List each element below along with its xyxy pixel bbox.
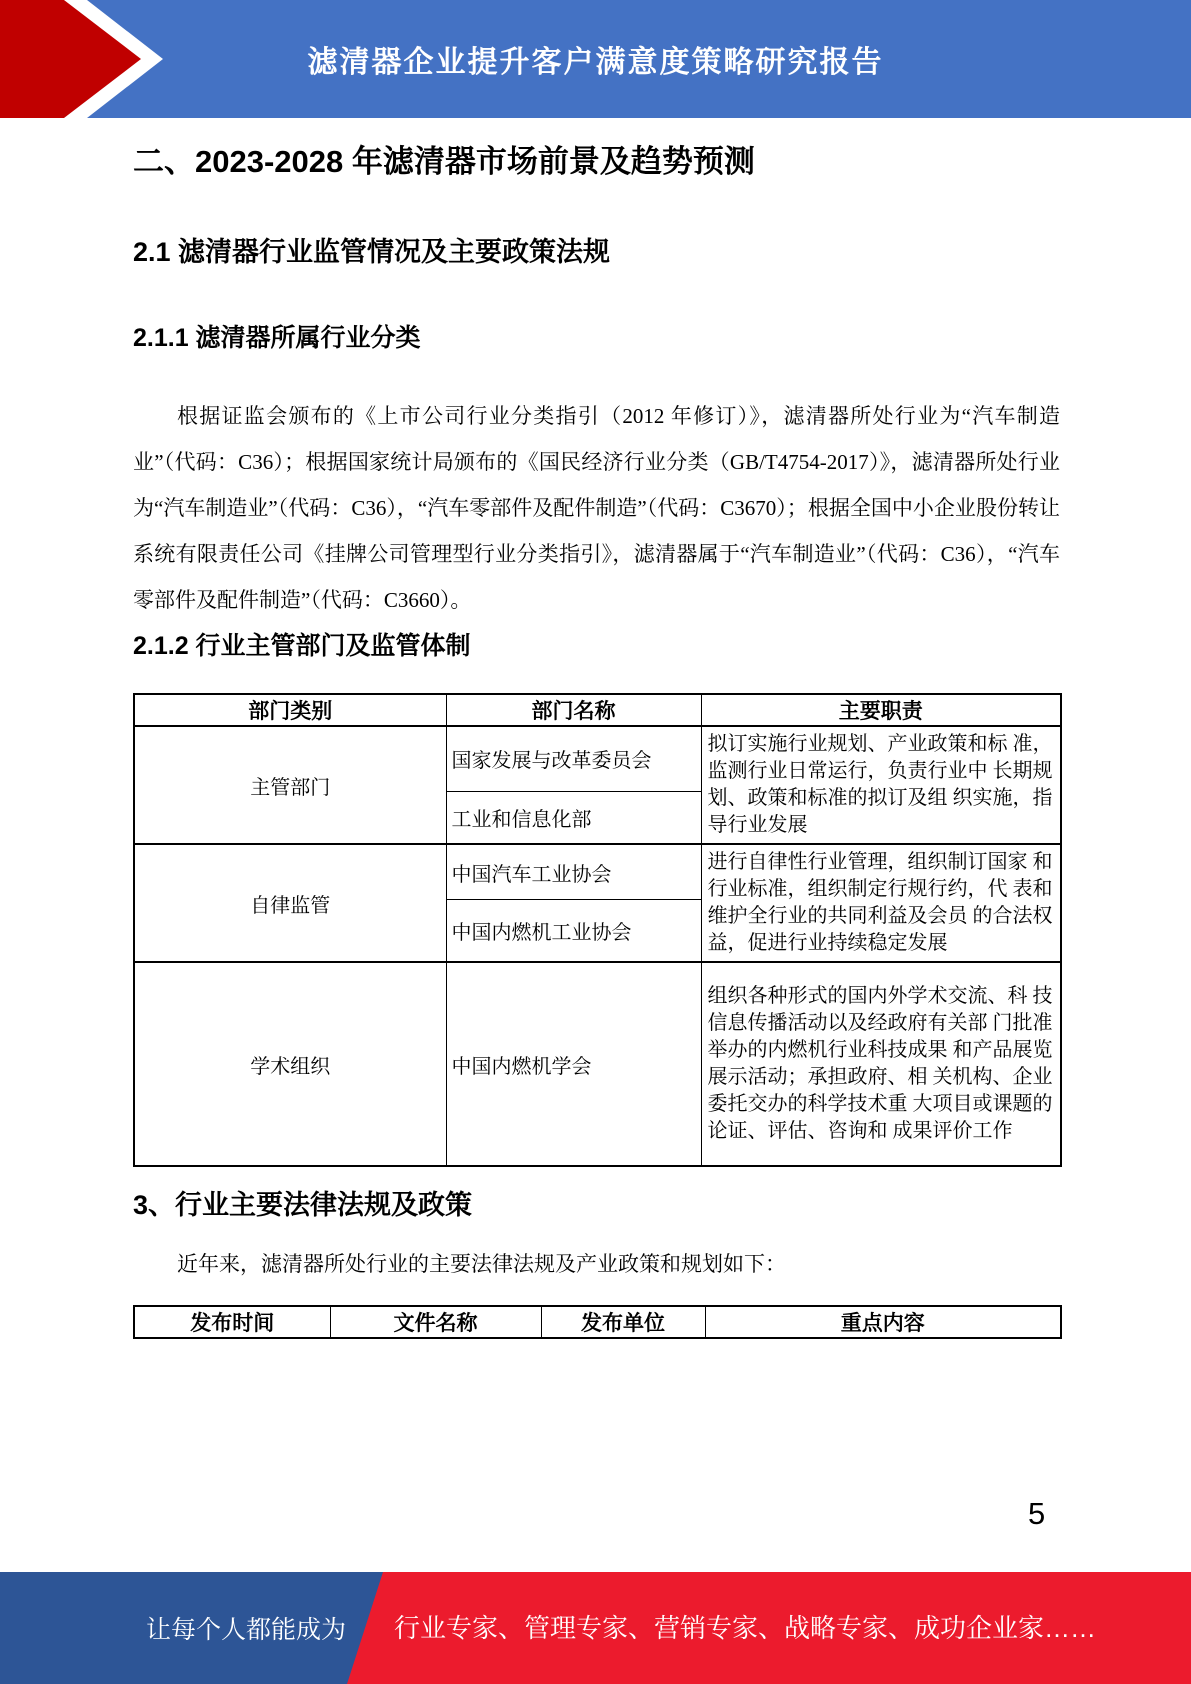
header-banner: 滤清器企业提升客户满意度策略研究报告 xyxy=(0,0,1191,118)
category-cell: 自律监管 xyxy=(134,844,446,962)
laws-table: 发布时间 文件名称 发布单位 重点内容 xyxy=(133,1305,1062,1339)
duty-cell: 进行自律性行业管理，组织制订国家 和行业标准，组织制定行规行约，代 表和维护全行… xyxy=(701,844,1061,962)
department-cell: 工业和信息化部 xyxy=(446,791,701,844)
report-title: 滤清器企业提升客户满意度策略研究报告 xyxy=(0,0,1191,118)
department-cell: 中国内燃机工业协会 xyxy=(446,900,701,962)
category-cell: 学术组织 xyxy=(134,962,446,1166)
duty-cell: 组织各种形式的国内外学术交流、科 技信息传播活动以及经政府有关部 门批准举办的内… xyxy=(701,962,1061,1166)
column-header-department: 部门名称 xyxy=(446,694,701,726)
section-heading-2-1-1: 2.1.1 滤清器所属行业分类 xyxy=(133,318,421,354)
footer-slogan-left: 让每个人都能成为 xyxy=(146,1610,346,1646)
table-row: 学术组织 中国内燃机学会 组织各种形式的国内外学术交流、科 技信息传播活动以及经… xyxy=(134,962,1061,1166)
department-cell: 国家发展与改革委员会 xyxy=(446,726,701,791)
department-cell: 中国汽车工业协会 xyxy=(446,844,701,900)
industry-classification-paragraph: 根据证监会颁布的《上市公司行业分类指引（2012 年修订）》，滤清器所处行业为“… xyxy=(133,393,1060,623)
page-number: 5 xyxy=(1028,1496,1045,1532)
column-header-key-content: 重点内容 xyxy=(705,1306,1061,1338)
table-row: 主管部门 国家发展与改革委员会 拟订实施行业规划、产业政策和标 准，监测行业日常… xyxy=(134,726,1061,791)
table-header-row: 发布时间 文件名称 发布单位 重点内容 xyxy=(134,1306,1061,1338)
laws-intro-paragraph: 近年来，滤清器所处行业的主要法律法规及产业政策和规划如下： xyxy=(133,1248,1060,1278)
category-cell: 主管部门 xyxy=(134,726,446,844)
column-header-publish-unit: 发布单位 xyxy=(541,1306,705,1338)
chapter-heading: 二、2023-2028 年滤清器市场前景及趋势预测 xyxy=(133,136,755,181)
regulators-table: 部门类别 部门名称 主要职责 主管部门 国家发展与改革委员会 拟订实施行业规划、… xyxy=(133,693,1062,1167)
section-heading-3: 3、行业主要法律法规及政策 xyxy=(133,1183,472,1222)
table-row: 自律监管 中国汽车工业协会 进行自律性行业管理，组织制订国家 和行业标准，组织制… xyxy=(134,844,1061,900)
table-header-row: 部门类别 部门名称 主要职责 xyxy=(134,694,1061,726)
section-heading-2-1: 2.1 滤清器行业监管情况及主要政策法规 xyxy=(133,230,610,269)
column-header-document-name: 文件名称 xyxy=(330,1306,541,1338)
footer-slogan-right: 行业专家、管理专家、营销专家、战略专家、成功企业家…… xyxy=(394,1608,1096,1645)
column-header-category: 部门类别 xyxy=(134,694,446,726)
department-cell: 中国内燃机学会 xyxy=(446,962,701,1166)
section-heading-2-1-2: 2.1.2 行业主管部门及监管体制 xyxy=(133,626,471,662)
column-header-duty: 主要职责 xyxy=(701,694,1061,726)
footer-banner: 让每个人都能成为 行业专家、管理专家、营销专家、战略专家、成功企业家…… xyxy=(0,1572,1191,1684)
duty-cell: 拟订实施行业规划、产业政策和标 准，监测行业日常运行，负责行业中 长期规划、政策… xyxy=(701,726,1061,844)
column-header-publish-date: 发布时间 xyxy=(134,1306,330,1338)
